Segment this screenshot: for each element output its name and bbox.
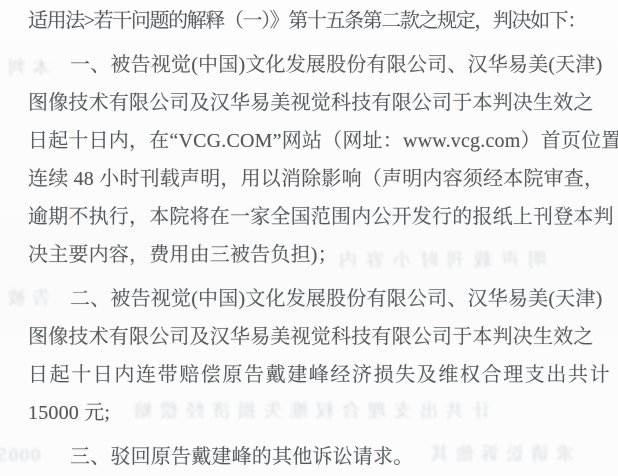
ruling-item-1-line-2: 图像技术有限公司及汉华易美视觉科技有限公司于本判决生效之 [28, 84, 594, 122]
ruling-item-2-line-1: 二、被告视觉(中国)文化发展股份有限公司、汉华易美(天津) [28, 280, 594, 318]
ruling-intro-line: 适用法>若干问题的解释（一）》第十五条第二款之规定，判决如下： [28, 2, 594, 40]
ruling-item-1-line-5: 逾期不执行，本院将在一家全国范围内公开发行的报纸上刊登本判 [28, 198, 594, 236]
ruling-item-2-line-2: 图像技术有限公司及汉华易美视觉科技有限公司于本判决生效之 [28, 318, 594, 356]
judgment-text-column: 适用法>若干问题的解释（一）》第十五条第二款之规定，判决如下： 一、被告视觉(中… [28, 2, 594, 476]
document-scan-page: 适用法>若干问题的解释（一）》第十五条第二款之规定，判决如下： 一、被告视觉(中… [0, 0, 618, 476]
ruling-item-1-line-6: 决主要内容，费用由三被告负担)； [28, 236, 594, 274]
ruling-item-2-line-3: 日起十日内连带赔偿原告戴建峰经济损失及维权合理支出共计 [28, 356, 594, 394]
ruling-item-2-line-4: 15000 元; [28, 394, 594, 432]
ruling-item-3-line-1: 三、驳回原告戴建峰的其他诉讼请求。 [28, 438, 594, 476]
ruling-item-1-line-1: 一、被告视觉(中国)文化发展股份有限公司、汉华易美(天津) [28, 46, 594, 84]
ruling-item-1-line-4: 连续 48 小时刊载声明，用以消除影响（声明内容须经本院审查， [28, 160, 594, 198]
ruling-item-1-line-3: 日起十日内，在“VCG.COM”网站（网址：www.vcg.com）首页位置 [28, 122, 594, 160]
